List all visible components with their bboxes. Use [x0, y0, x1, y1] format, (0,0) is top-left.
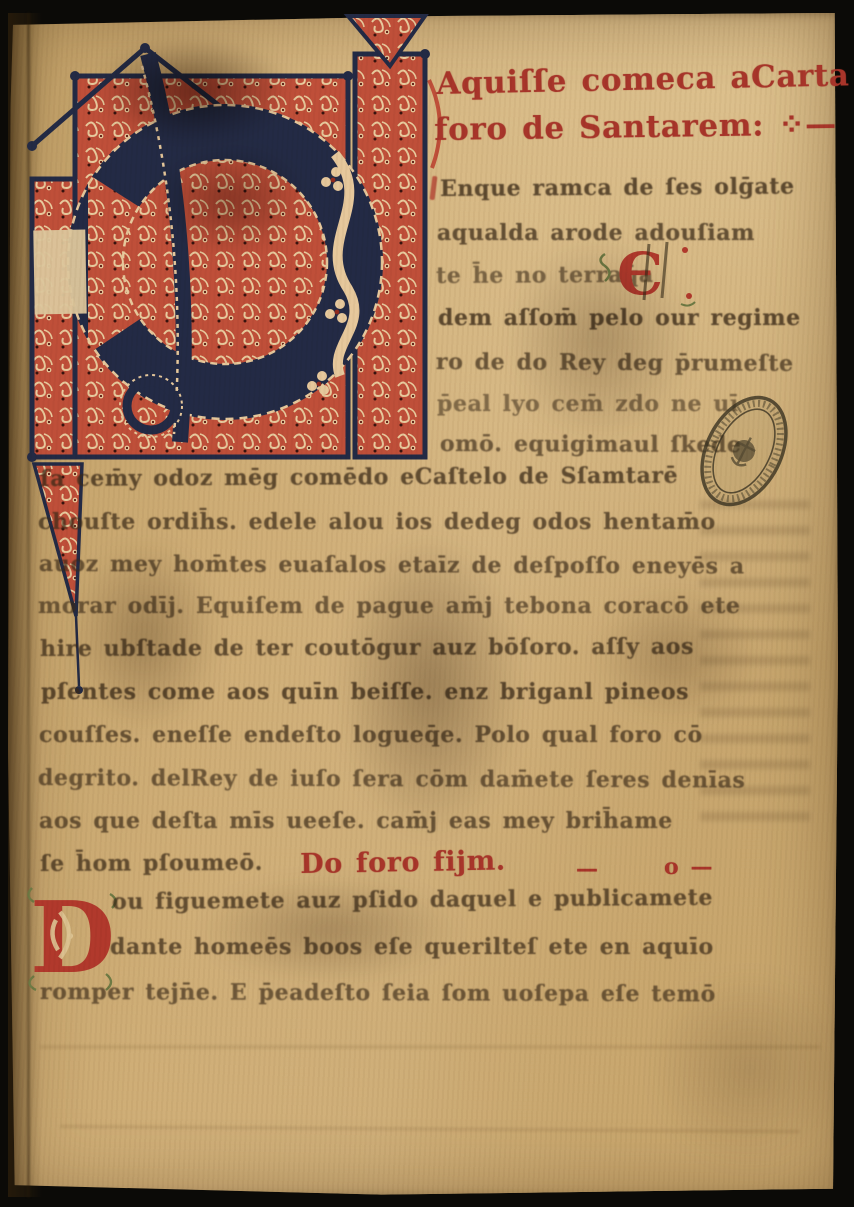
body-line: couſſes. eneſſe endeſto logueq̄e. Polo q…: [39, 722, 703, 748]
body-line: aos que deſta mīs ueeſe. cam̄j eas mey b…: [39, 808, 673, 834]
rubric-line-2: foro de Santarem: ⁘— ⁘—: [434, 105, 854, 148]
polo-qual-foro-phrase: Polo qual foro cō: [475, 722, 703, 748]
manuscript-photo: Aquiſſe comeca aCarta do foro de Santare…: [0, 0, 854, 1207]
body-line: degrito. delRey de iuſo ſera cōm dam̄ete…: [38, 765, 746, 793]
versal-e: Є: [593, 238, 703, 310]
column-line: ro de do Rey deg p̄rumeſte: [436, 349, 794, 377]
paragraph2-line: romper tejn̄e. E p̄eadeſto ſeia ſom uoſe…: [40, 979, 716, 1007]
abraded-patch: [33, 230, 86, 315]
rubric-filler: o —: [664, 854, 713, 880]
body-line: morar odīj. Equiſem de pague am̄j tebona…: [38, 593, 740, 619]
body-line-part: couſſes. eneſſe endeſto logueq̄e.: [39, 722, 475, 748]
fold-line: [40, 1046, 820, 1048]
rubric-filler: —: [576, 856, 599, 882]
body-line: hire ubſtade de ter coutōgur auz bōſoro.…: [40, 634, 694, 662]
body-line: pſentes come aos quīn beiſſe. enz brigan…: [41, 679, 689, 705]
svg-text:Є: Є: [617, 240, 663, 308]
body-line: ſe h̄om pſoumeō.: [40, 850, 263, 877]
initial-d: D: [26, 878, 118, 994]
body-line: ſa cem̄y odoz mēg comēdo eCaſtelo de Sſa…: [40, 463, 678, 492]
showthrough-smudge: [700, 500, 810, 830]
column-line: Enque ramca de ſes olḡate: [440, 174, 795, 202]
library-stamp: [686, 382, 802, 522]
body-line: auoz mey hom̄tes euaſalos etaīz de deſpo…: [39, 551, 745, 579]
paragraph2-line: ou figuemete auz pſido daquel e publicam…: [112, 885, 713, 915]
body-line: chouſte ordih̄s. edele alou ios dedeg od…: [38, 509, 716, 535]
mid-rubric: Do foro fijm.: [300, 845, 506, 880]
paragraph2-line: dante homeēs boos eſe querilteſ ete en a…: [110, 934, 714, 960]
